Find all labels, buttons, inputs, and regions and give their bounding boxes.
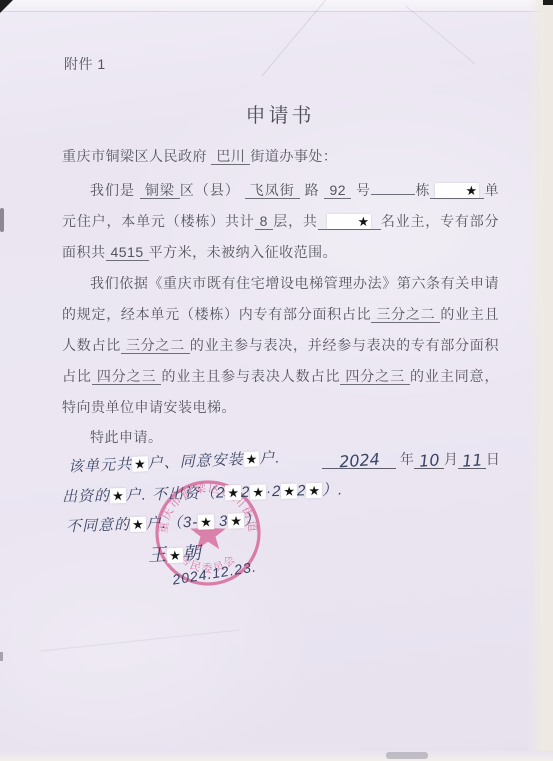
fill-ratio-area-vote: 三分之二 xyxy=(371,306,440,323)
fill-ratio-area-agree: 四分之三 xyxy=(92,368,162,385)
redaction-star-icon: ★ xyxy=(198,514,214,530)
handwritten-day: 11 xyxy=(461,450,483,470)
body-text: 栋 xyxy=(415,182,430,198)
redaction-star-icon: ★ xyxy=(327,214,371,229)
body-text: 我们是 xyxy=(90,182,135,198)
body-text: 路 xyxy=(305,182,320,198)
year-label: 年 xyxy=(400,451,414,467)
handwritten-signature: 王★朝 xyxy=(147,539,202,568)
handwriting-text: 2 xyxy=(241,484,251,501)
redaction-star-icon: ★ xyxy=(225,485,241,500)
handwriting-text: ） xyxy=(244,512,261,530)
scan-artifact-speck xyxy=(0,652,3,661)
redaction-star-icon: ★ xyxy=(250,484,266,499)
month-label: 月 xyxy=(444,451,458,467)
scan-artifact-corner xyxy=(543,0,553,5)
body-text: 的业主且参与表决人数占比 xyxy=(161,368,340,384)
scan-edge-bottom xyxy=(0,751,553,761)
handwriting-text: 2 xyxy=(297,482,307,499)
fill-owner-count-redacted: ★ xyxy=(318,213,381,230)
redaction-star-icon: ★ xyxy=(110,488,126,503)
fill-street-office: 巴川 xyxy=(211,148,250,165)
date-month-slot: 10 xyxy=(414,449,444,469)
attachment-label: 附件 1 xyxy=(64,54,106,74)
scan-artifact-speck xyxy=(0,208,4,232)
scan-artifact-corner xyxy=(0,0,13,13)
handwriting-text: 户、同意安装 xyxy=(147,451,244,472)
redaction-star-icon: ★ xyxy=(435,183,479,198)
handwritten-month: 10 xyxy=(418,450,440,470)
fill-floors: 8 xyxy=(255,213,273,230)
redaction-star-icon: ★ xyxy=(228,513,244,529)
salutation: 重庆市铜梁区人民政府 巴川街道办事处： xyxy=(62,146,337,166)
closing-phrase: 特此申请。 xyxy=(90,427,163,447)
handwriting-text: 该单元共 xyxy=(68,456,133,476)
paragraph-legal: 我们依据《重庆市既有住宅增设电梯管理办法》第六条有关申请的规定，经本单元（楼栋）… xyxy=(62,268,499,423)
date-day-slot: 11 xyxy=(458,449,486,469)
handwriting-text: 朝 xyxy=(182,543,202,564)
handwritten-year: 2024 xyxy=(338,450,380,472)
fill-street-number: 92 xyxy=(324,182,351,199)
handwriting-text: 户. 不出资（2 xyxy=(126,484,226,504)
day-label: 日 xyxy=(486,451,500,467)
scan-edge-top xyxy=(0,0,553,12)
redaction-star-icon: ★ xyxy=(167,548,183,564)
redaction-star-icon: ★ xyxy=(132,456,148,472)
handwriting-text: 王 xyxy=(148,544,168,565)
document-title: 申请书 xyxy=(62,99,498,128)
blank-building xyxy=(371,180,415,195)
redaction-star-icon: ★ xyxy=(306,483,322,498)
handwriting-text: ）. xyxy=(322,481,344,499)
fill-ratio-people-agree: 四分之三 xyxy=(340,368,410,385)
handwriting-text: 户. xyxy=(259,449,281,467)
fill-district: 铜梁 xyxy=(140,182,180,199)
date-line: 2024 年10月11日 xyxy=(322,449,500,469)
body-text: 层，共 xyxy=(273,213,318,229)
salutation-text: 重庆市铜梁区人民政府 xyxy=(62,148,207,164)
date-year-slot: 2024 xyxy=(322,449,396,469)
handwriting-text: 出资的 xyxy=(62,487,110,505)
handwriting-text: 户.（3- xyxy=(145,514,198,533)
body-text: 区（县） xyxy=(180,182,240,198)
paragraph-address: 我们是 铜梁区（县） 飞凤街 路 92 号栋★单元住户，本单元（楼栋）共计8层，… xyxy=(62,175,499,268)
handwriting-text: 不同意的 xyxy=(66,516,131,535)
fill-street: 飞凤街 xyxy=(245,182,300,199)
redaction-star-icon: ★ xyxy=(130,517,146,533)
fill-ratio-people-vote: 三分之二 xyxy=(121,337,190,354)
fill-area: 4515 xyxy=(106,244,149,261)
redaction-star-icon: ★ xyxy=(281,484,297,499)
scan-artifact-smudge xyxy=(386,752,428,759)
body-text: 号 xyxy=(356,182,371,198)
redaction-star-icon: ★ xyxy=(243,451,259,467)
salutation-text: 街道办事处： xyxy=(250,148,337,164)
handwriting-text: ·2 xyxy=(266,483,282,500)
fill-unit-redacted: ★ xyxy=(430,182,484,199)
scan-edge-right xyxy=(528,0,553,761)
body-text: 平方米，未被纳入征收范围。 xyxy=(149,244,338,260)
